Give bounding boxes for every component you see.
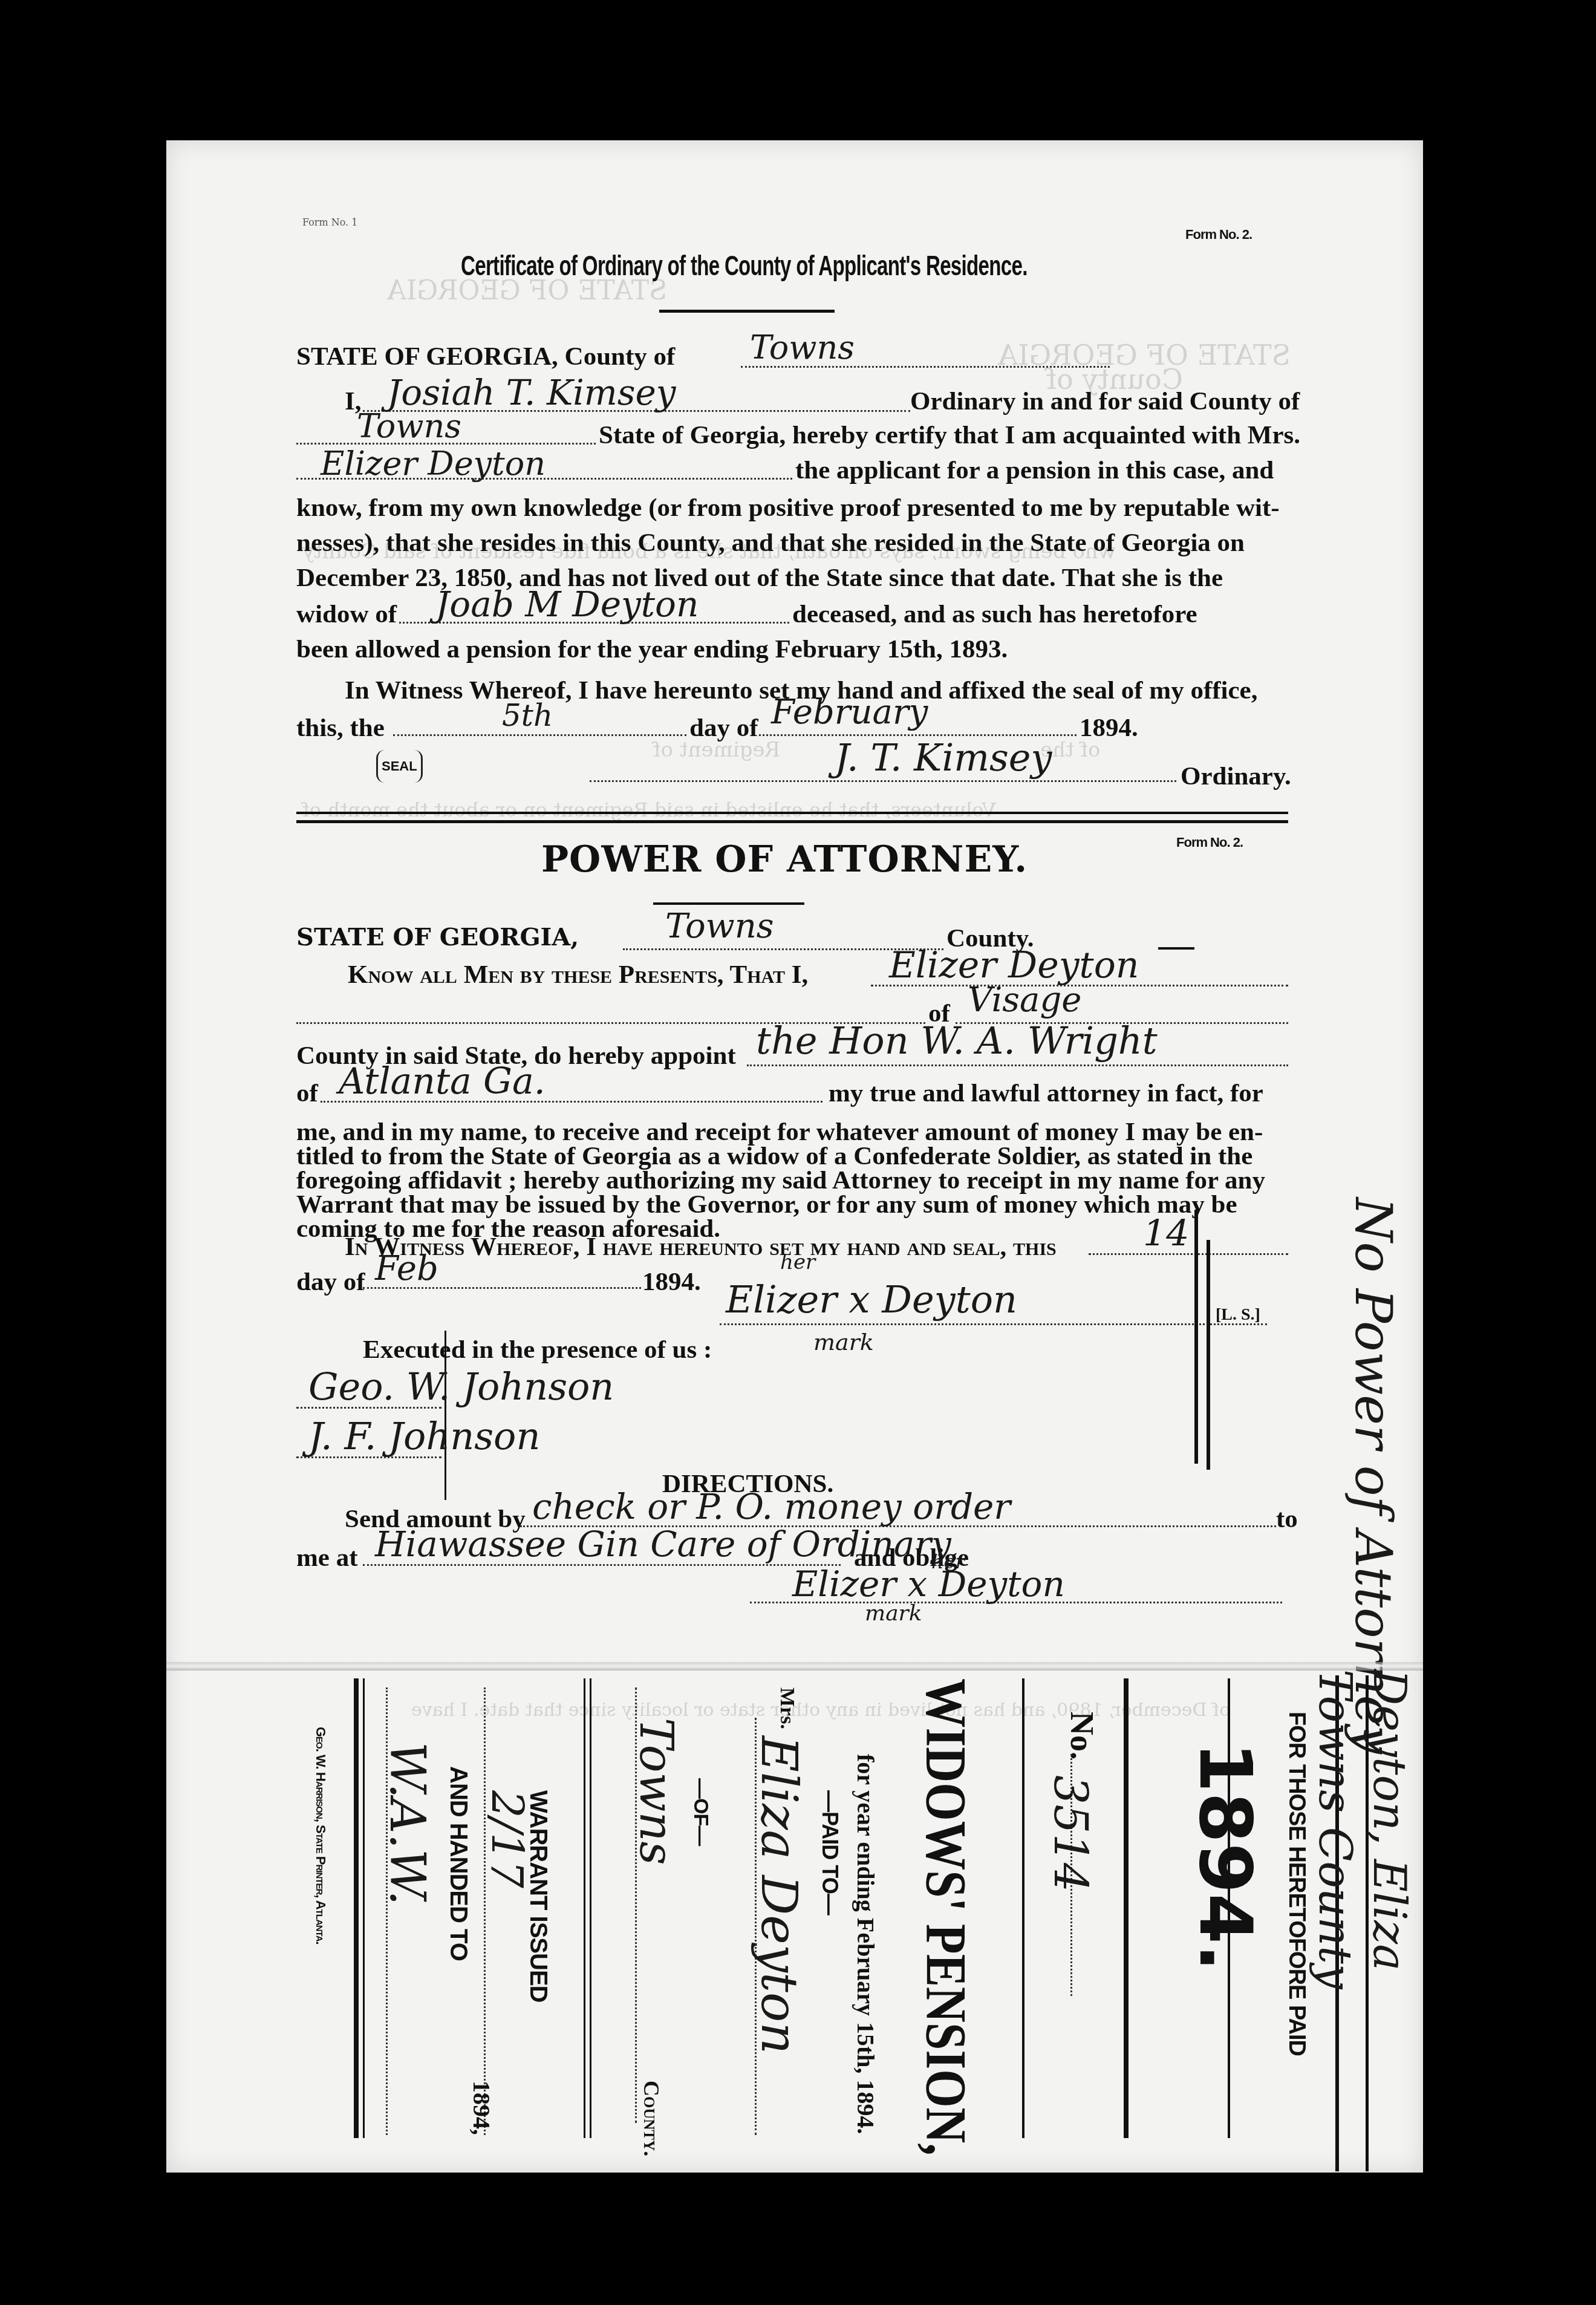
witness-signature: J. F. Johnson (308, 1418, 540, 1455)
docket-mrs-label: Mrs. (775, 1687, 798, 1729)
poa-her-mark-top: her (780, 1252, 815, 1273)
margin-stroke (1207, 1240, 1210, 1470)
docket-warrant-date-field: 2/17 (481, 1790, 532, 1888)
certificate-line7-suffix: deceased, and as such has heretofore (792, 601, 1197, 627)
docket-county-field: Towns (630, 1718, 683, 1865)
certificate-husband-field: Joab M Deyton (435, 587, 699, 622)
docket-rule (363, 1678, 365, 2138)
index-note-county: Towns County (1309, 1669, 1361, 1989)
poa-title-divider (653, 902, 804, 905)
certificate-day-field: 5th (502, 700, 553, 731)
poa-attorney-field: the Hon W. A. Wright (756, 1022, 1158, 1060)
index-note-name: Deyton, Eliza (1363, 1669, 1415, 1971)
certificate-year: 1894. (1080, 715, 1138, 741)
poa-attorney-city-field: Atlanta Ga. (339, 1063, 546, 1100)
certificate-month-field: February (771, 696, 928, 729)
ordinary-signature: J. T. Kimsey (835, 739, 1052, 777)
poa-signature: Elizer x Deyton (726, 1281, 1017, 1319)
poa-state-label: STATE OF GEORGIA, (296, 925, 579, 950)
bleed-through-text: Volunteers, that he enlisted in said Reg… (302, 798, 996, 821)
directions-send-suffix: to (1276, 1506, 1298, 1532)
docket-title: WIDOWS' PENSION, (913, 1678, 980, 2156)
poa-her-mark-bottom: mark (813, 1331, 874, 1354)
attorney-line (747, 1064, 1288, 1066)
poa-body-line: titled to from the State of Georgia as a… (296, 1143, 1252, 1169)
docket-printer-label: Geo. W. Harrison, State Printer, Atlanta… (313, 1727, 328, 1945)
poa-form-number: Form No. 2. (1176, 835, 1243, 850)
docket-year: 1894. (1183, 1742, 1267, 1972)
certificate-line3: the applicant for a pension in this case… (795, 457, 1274, 483)
ordinary-signature-line (590, 780, 1176, 782)
docket-handed-label: AND HANDED TO (445, 1766, 472, 1961)
title-divider (659, 310, 835, 313)
docket-rule (1022, 1678, 1024, 2138)
witness-signature: Geo. W. Johnson (308, 1368, 614, 1406)
docket-rule-thick (1124, 1678, 1129, 2138)
poa-signature-line (720, 1323, 1267, 1325)
directions-signature: Elizer x Deyton (792, 1567, 1065, 1602)
poa-know-all-label: Know all Men by these Presents, That I, (348, 962, 808, 988)
docket-payee-field: Eliza Deyton (750, 1736, 807, 2054)
certificate-state-label: STATE OF GEORGIA, County of (296, 344, 675, 370)
certificate-line7-prefix: widow of (296, 601, 397, 627)
certificate-date-prefix: this, the (296, 715, 385, 741)
docket-number-label: No. (1063, 1712, 1101, 1760)
poa-county-field: Towns (665, 910, 774, 944)
poa-of-label-2: of (296, 1080, 318, 1106)
certificate-line2: State of Georgia, hereby certify that I … (599, 422, 1300, 448)
poa-body-line: me, and in my name, to receive and recei… (296, 1119, 1263, 1145)
dash-mark (1158, 947, 1194, 950)
poa-title: POWER OF ATTORNEY. (541, 838, 1028, 881)
ordinary-name-field: Josiah T. Kimsey (387, 375, 676, 410)
poa-day-of-label: day of (296, 1269, 365, 1295)
directions-her-mark-bottom: mark (865, 1603, 922, 1625)
docket-warrant-date-line (484, 1687, 486, 2135)
certificate-line8: been allowed a pension for the year endi… (296, 636, 1008, 662)
seal-icon: SEAL (376, 750, 423, 783)
poa-grantor-field: Elizer Deyton (889, 947, 1139, 983)
docket-county-label: County. (639, 2081, 664, 2156)
form-number-label: Form No. 2. (1185, 227, 1252, 243)
docket-subtitle: for year ending February 15th, 1894. (852, 1754, 880, 2134)
certificate-title: Certificate of Ordinary of the County of… (461, 249, 1028, 282)
docket-handed-to-field: W.A.W. (379, 1742, 435, 1906)
certificate-line4: know, from my own knowledge (or from pos… (296, 495, 1280, 521)
poa-day-field: 14 (1143, 1216, 1189, 1252)
certificate-county-field: Towns (750, 331, 855, 364)
poa-witness-line: In Witness Whereof, I have hereunto set … (345, 1234, 1057, 1260)
poa-month-field: Feb (375, 1252, 438, 1286)
fold-crease (166, 1662, 1423, 1671)
docket-number-field: 3514 (1044, 1775, 1098, 1892)
docket-rule (584, 1678, 585, 2138)
docket-rule (590, 1678, 591, 2138)
docket-paid-to-label: —PAID TO— (817, 1790, 842, 1915)
certificate-applicant-field: Elizer Deyton (321, 448, 546, 480)
faint-corner-mark: Form No. 1 (302, 217, 357, 228)
docket-of-label: —OF— (689, 1778, 712, 1845)
bleed-through-text: of December, 1890, and has not lived in … (411, 1700, 1230, 1721)
margin-stroke (1194, 1210, 1198, 1464)
directions-method-field: check or P. O. money order (532, 1489, 1011, 1524)
poa-year: 1894. (642, 1269, 701, 1295)
section-divider-top (296, 812, 1288, 814)
certificate-county2-field: Towns (357, 410, 461, 443)
ordinary-title: Ordinary. (1181, 763, 1291, 789)
certificate-line5: nesses), that she resides in this County… (296, 530, 1245, 556)
poa-residence-field: Visage (968, 983, 1081, 1017)
poa-executed-label: Executed in the presence of us : (363, 1337, 712, 1363)
day-line (393, 734, 686, 736)
certificate-line1-suffix: Ordinary in and for said County of (910, 388, 1300, 414)
docket-heretofore-label: FOR THOSE HERETOFORE PAID (1283, 1712, 1309, 2056)
poa-body-line: foregoing affidavit ; hereby authorizing… (296, 1167, 1265, 1193)
section-divider-bottom (296, 820, 1288, 823)
poa-appoint-suffix: my true and lawful attorney in fact, for (829, 1080, 1263, 1106)
poa-body-line: Warrant that may be issued by the Govern… (296, 1192, 1237, 1218)
docket-rule-thick (354, 1678, 359, 2138)
certificate-day-of-label: day of (689, 715, 758, 741)
docket-warrant-year: 1894, (467, 2081, 496, 2135)
poa-ls-label: [L. S.] (1216, 1306, 1260, 1323)
directions-me-at-label: me at (296, 1545, 357, 1571)
